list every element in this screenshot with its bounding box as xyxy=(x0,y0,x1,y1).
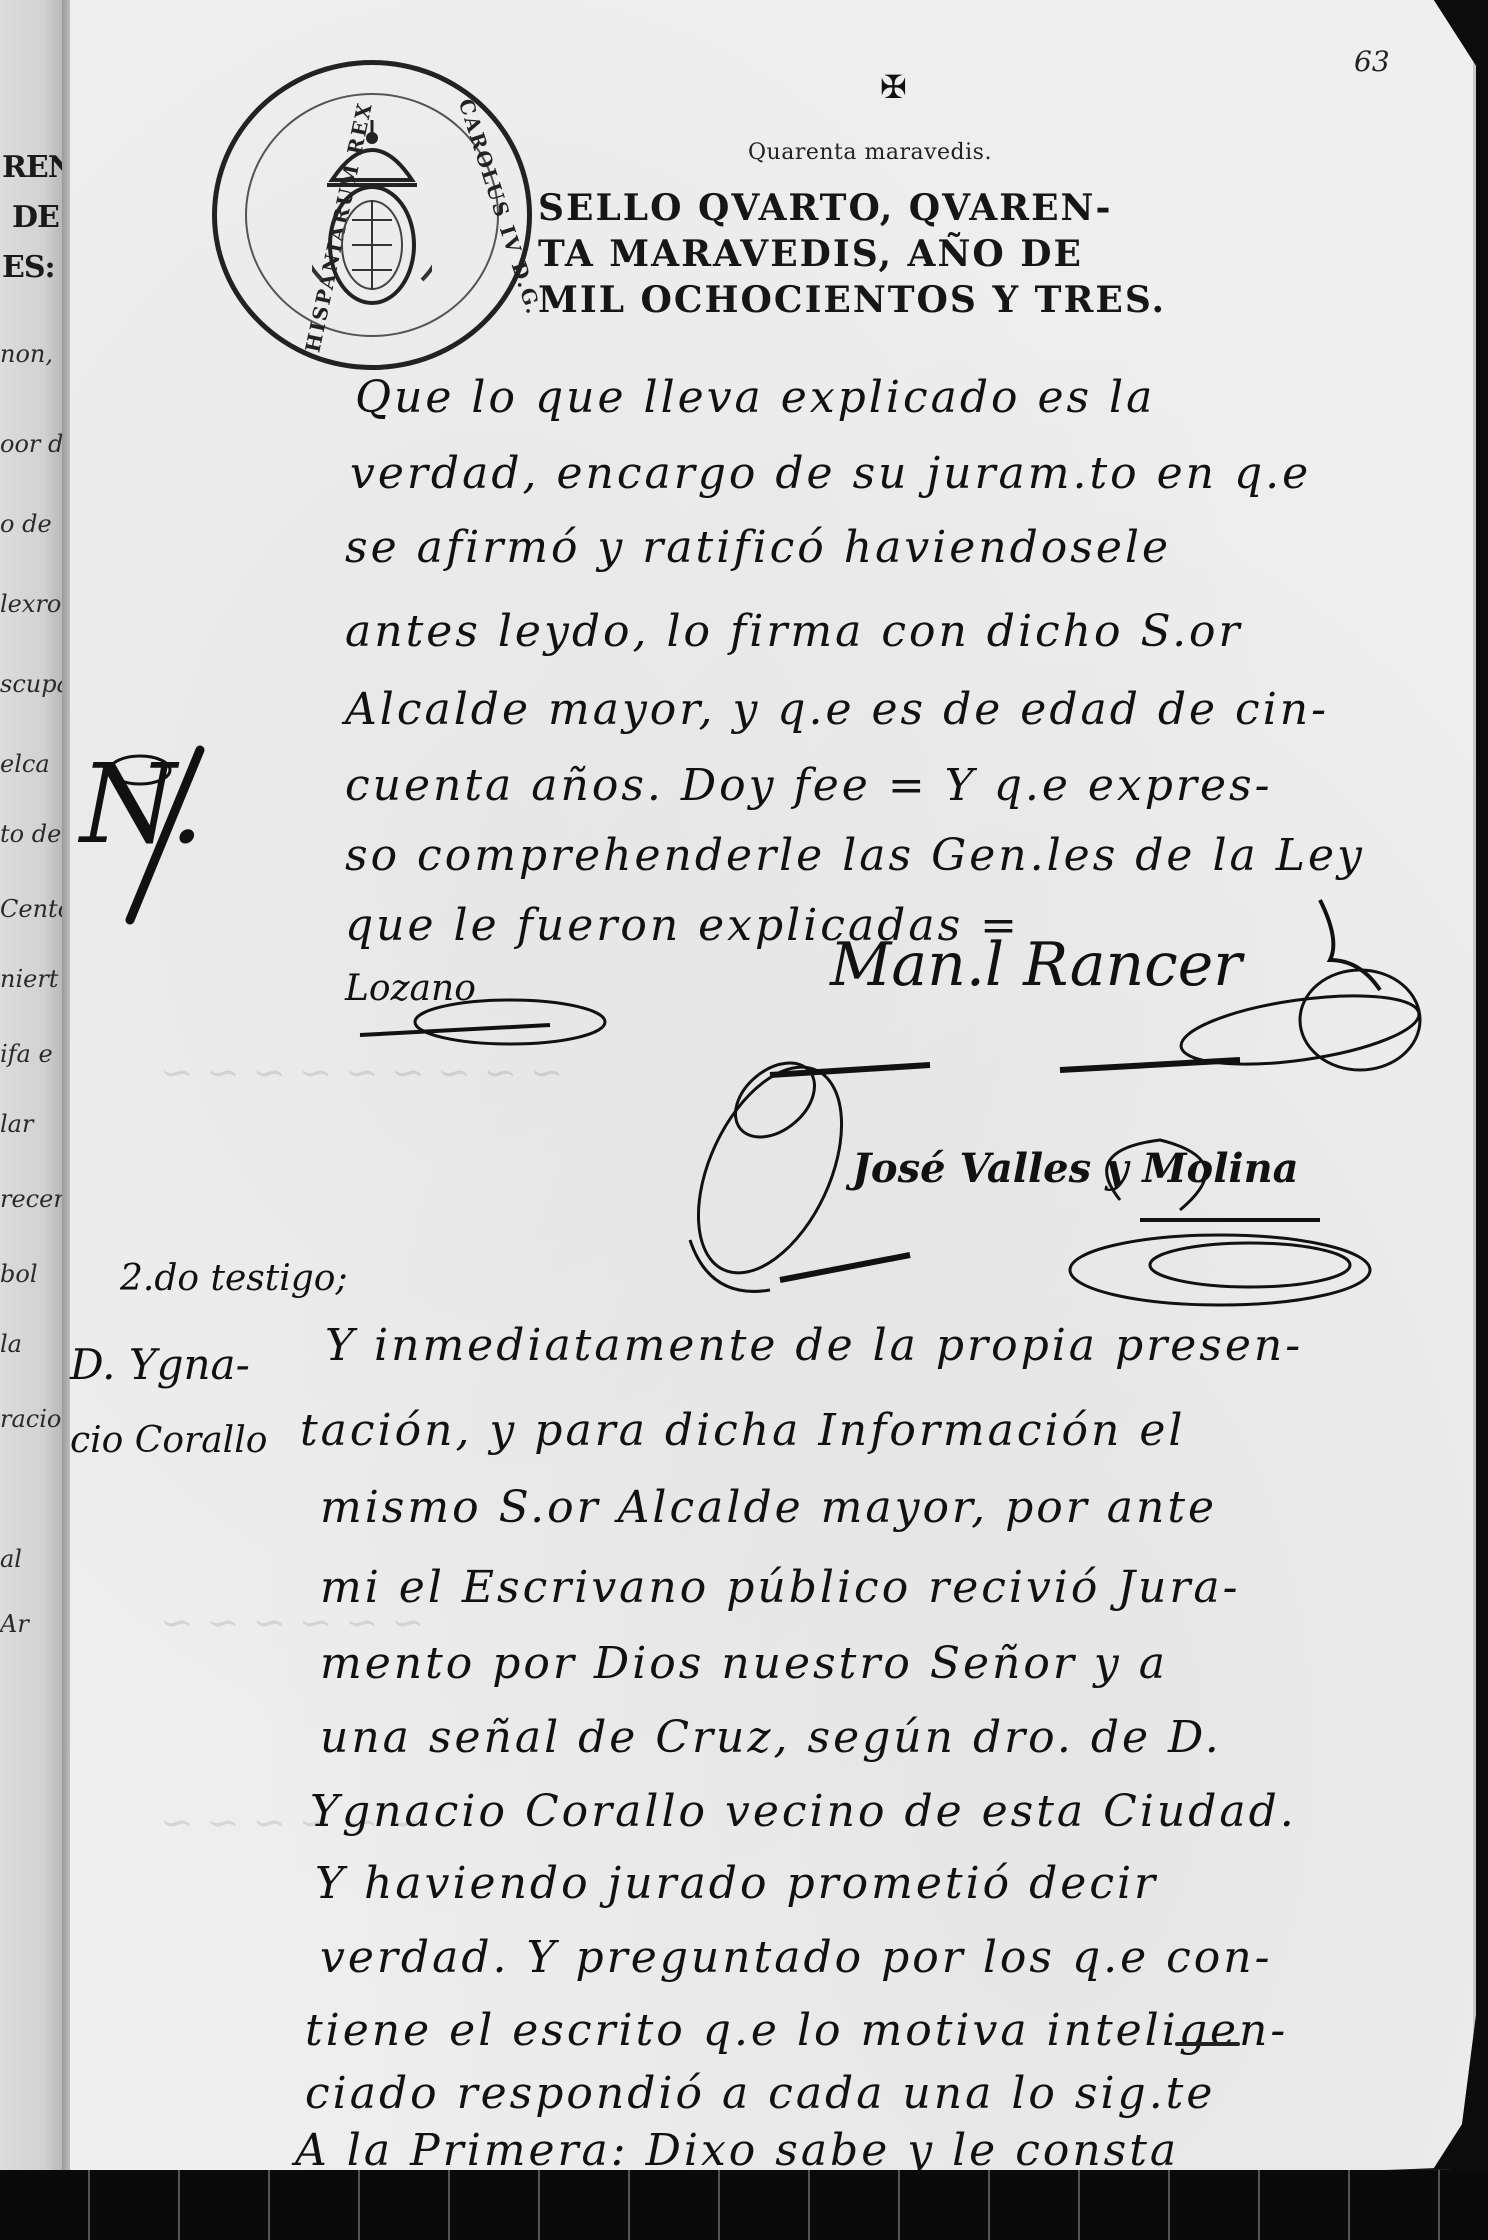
margin-note-name: D. Ygna- xyxy=(70,1340,250,1389)
manuscript-line: Y haviendo jurado prometió decir xyxy=(315,1858,1158,1909)
left-page-text: lar xyxy=(0,1110,33,1138)
left-page-text: to de xyxy=(0,820,61,848)
left-page-text: elca xyxy=(0,750,50,778)
manuscript-line: Ygnacio Corallo vecino de esta Ciudad. xyxy=(310,1786,1297,1837)
manuscript-line: tación, y para dicha Información el xyxy=(300,1405,1185,1456)
manuscript-line: cuenta años. Doy fee = Y q.e expres- xyxy=(345,760,1272,811)
official-stamp: HISPANIARUM REX CAROLUS IV D.G. xyxy=(212,60,532,370)
manuscript-line: antes leydo, lo firma con dicho S.or xyxy=(345,606,1243,657)
left-page-heading-2: DE xyxy=(12,200,59,236)
manuscript-line: mismo S.or Alcalde mayor, por ante xyxy=(320,1482,1217,1533)
left-page-text: racio xyxy=(0,1405,61,1433)
margin-flourish-icon xyxy=(100,730,320,940)
left-page-text: ifa e xyxy=(0,1040,53,1068)
manuscript-line: Y inmediatamente de la propia presen- xyxy=(325,1320,1303,1371)
manuscript-line: so comprehenderle las Gen.les de la Ley xyxy=(345,830,1365,881)
left-page-heading-3: ES: xyxy=(2,250,55,286)
royal-crest-icon xyxy=(312,120,432,320)
manuscript-line: mento por Dios nuestro Señor y a xyxy=(320,1638,1168,1689)
manuscript-line: se afirmó y ratificó haviendosele xyxy=(345,522,1171,573)
manuscript-line: tiene el escrito q.e lo motiva inteligen… xyxy=(305,2005,1288,2056)
scanned-document: REN- DE ES: non, oor de o de lexro scupa… xyxy=(0,0,1488,2240)
left-page-text: niert xyxy=(0,965,58,993)
left-page-text: al xyxy=(0,1545,22,1573)
left-page-text: Ar xyxy=(0,1610,29,1638)
printed-stamp-heading: SELLO QVARTO, QVAREN- TA MARAVEDIS, AÑO … xyxy=(538,185,1166,323)
left-page-text: bol xyxy=(0,1260,38,1288)
printed-heading-line: SELLO QVARTO, QVAREN- xyxy=(538,185,1166,231)
cross-icon: ✠ xyxy=(880,68,907,106)
manuscript-line: una señal de Cruz, según dro. de D. xyxy=(320,1712,1222,1763)
printed-heading-line: MIL OCHOCIENTOS Y TRES. xyxy=(538,277,1166,323)
printed-subtitle: Quarenta maravedis. xyxy=(748,140,992,165)
notary-right-rubric-icon xyxy=(1020,1050,1380,1330)
printed-heading-line: TA MARAVEDIS, AÑO DE xyxy=(538,231,1166,277)
left-page-text: non, xyxy=(0,340,53,368)
manuscript-line: mi el Escrivano público recivió Jura- xyxy=(320,1562,1240,1613)
left-page-text: la xyxy=(0,1330,22,1358)
left-page-text: o de xyxy=(0,510,52,538)
scanner-backdrop xyxy=(0,2170,1488,2240)
manuscript-line: A la Primera: Dixo sabe y le consta xyxy=(295,2125,1179,2176)
left-facing-page: REN- DE ES: non, oor de o de lexro scupa… xyxy=(0,0,64,2220)
closing-dash xyxy=(1175,2042,1240,2046)
left-page-text: lexro xyxy=(0,590,61,618)
margin-note-testigo: 2.do testigo; xyxy=(120,1258,348,1299)
margin-note-surname: cio Corallo xyxy=(70,1420,267,1461)
manuscript-line: Que lo que lleva explicado es la xyxy=(355,372,1155,423)
left-page-text: recen xyxy=(0,1185,69,1213)
manuscript-line: verdad. Y preguntado por los q.e con- xyxy=(320,1932,1272,1983)
manuscript-line: Alcalde mayor, y q.e es de edad de cin- xyxy=(345,684,1329,735)
manuscript-line: ciado respondió a cada una lo sig.te xyxy=(305,2068,1215,2119)
manuscript-line: verdad, encargo de su juram.to en q.e xyxy=(350,448,1311,499)
folio-number: 63 xyxy=(1354,45,1390,78)
signature-flourish-icon xyxy=(350,990,620,1060)
